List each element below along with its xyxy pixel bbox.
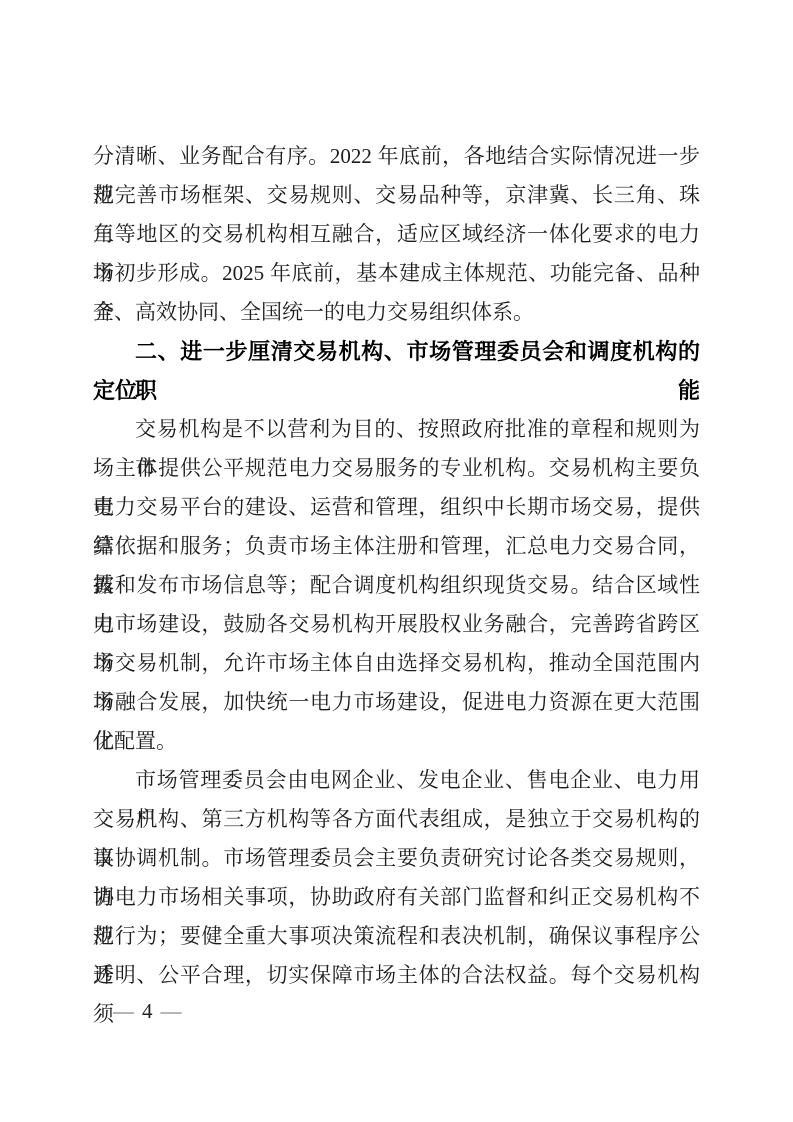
text-line: 场初步形成。2025 年底前，基本建成主体规范、功能完备、品种齐 [93,254,700,293]
text-line: 场交易机制，允许市场主体自由选择交易机构，推动全国范围内市 [93,644,700,683]
document-page: 分清晰、业务配合有序。2022 年底前，各地结合实际情况进一步规范完善市场框架、… [0,0,793,1122]
text-line: 交易机构是不以营利为目的、按照政府批准的章程和规则为市 [93,410,700,449]
text-line: 分清晰、业务配合有序。2022 年底前，各地结合实际情况进一步规 [93,137,700,176]
paragraph: 交易机构是不以营利为目的、按照政府批准的章程和规则为市场主体提供公平规范电力交易… [93,410,700,761]
paragraph: 市场管理委员会由电网企业、发电企业、售电企业、电力用户、交易机构、第三方机构等各… [93,761,700,995]
text-line: 事协调机制。市场管理委员会主要负责研究讨论各类交易规则，协 [93,839,700,878]
page-footer: —4— [113,999,184,1023]
content-area: 分清晰、业务配合有序。2022 年底前，各地结合实际情况进一步规范完善市场框架、… [93,137,700,995]
text-line: 市场管理委员会由电网企业、发电企业、售电企业、电力用户、 [93,761,700,800]
text-line: 场主体提供公平规范电力交易服务的专业机构。交易机构主要负责 [93,449,700,488]
page-number: 4 [136,999,161,1023]
section-heading: 二、进一步厘清交易机构、市场管理委员会和调度机构的职能定位 [93,332,700,410]
text-line: 力市场建设，鼓励各交易机构开展股权业务融合，完善跨省跨区市 [93,605,700,644]
text-line: 全、高效协同、全国统一的电力交易组织体系。 [93,293,700,332]
footer-right-dash: — [161,999,184,1023]
text-line: 范行为；要健全重大事项决策流程和表决机制，确保议事程序公开 [93,917,700,956]
text-line: 场融合发展，加快统一电力市场建设，促进电力资源在更大范围优 [93,683,700,722]
text-line: 化配置。 [93,722,700,761]
text-line: 二、进一步厘清交易机构、市场管理委员会和调度机构的职能 [93,332,700,371]
text-line: 电力交易平台的建设、运营和管理，组织中长期市场交易，提供结 [93,488,700,527]
text-line: 范完善市场框架、交易规则、交易品种等，京津冀、长三角、珠三 [93,176,700,215]
text-line: 调电力市场相关事项，协助政府有关部门监督和纠正交易机构不规 [93,878,700,917]
text-line: 角等地区的交易机构相互融合，适应区域经济一体化要求的电力市 [93,215,700,254]
text-line: 透明、公平合理，切实保障市场主体的合法权益。每个交易机构须 [93,956,700,995]
text-line: 露和发布市场信息等；配合调度机构组织现货交易。结合区域性电 [93,566,700,605]
text-line: 算依据和服务；负责市场主体注册和管理，汇总电力交易合同，披 [93,527,700,566]
footer-left-dash: — [113,999,136,1023]
paragraph: 分清晰、业务配合有序。2022 年底前，各地结合实际情况进一步规范完善市场框架、… [93,137,700,332]
text-line: 交易机构、第三方机构等各方面代表组成，是独立于交易机构的议 [93,800,700,839]
